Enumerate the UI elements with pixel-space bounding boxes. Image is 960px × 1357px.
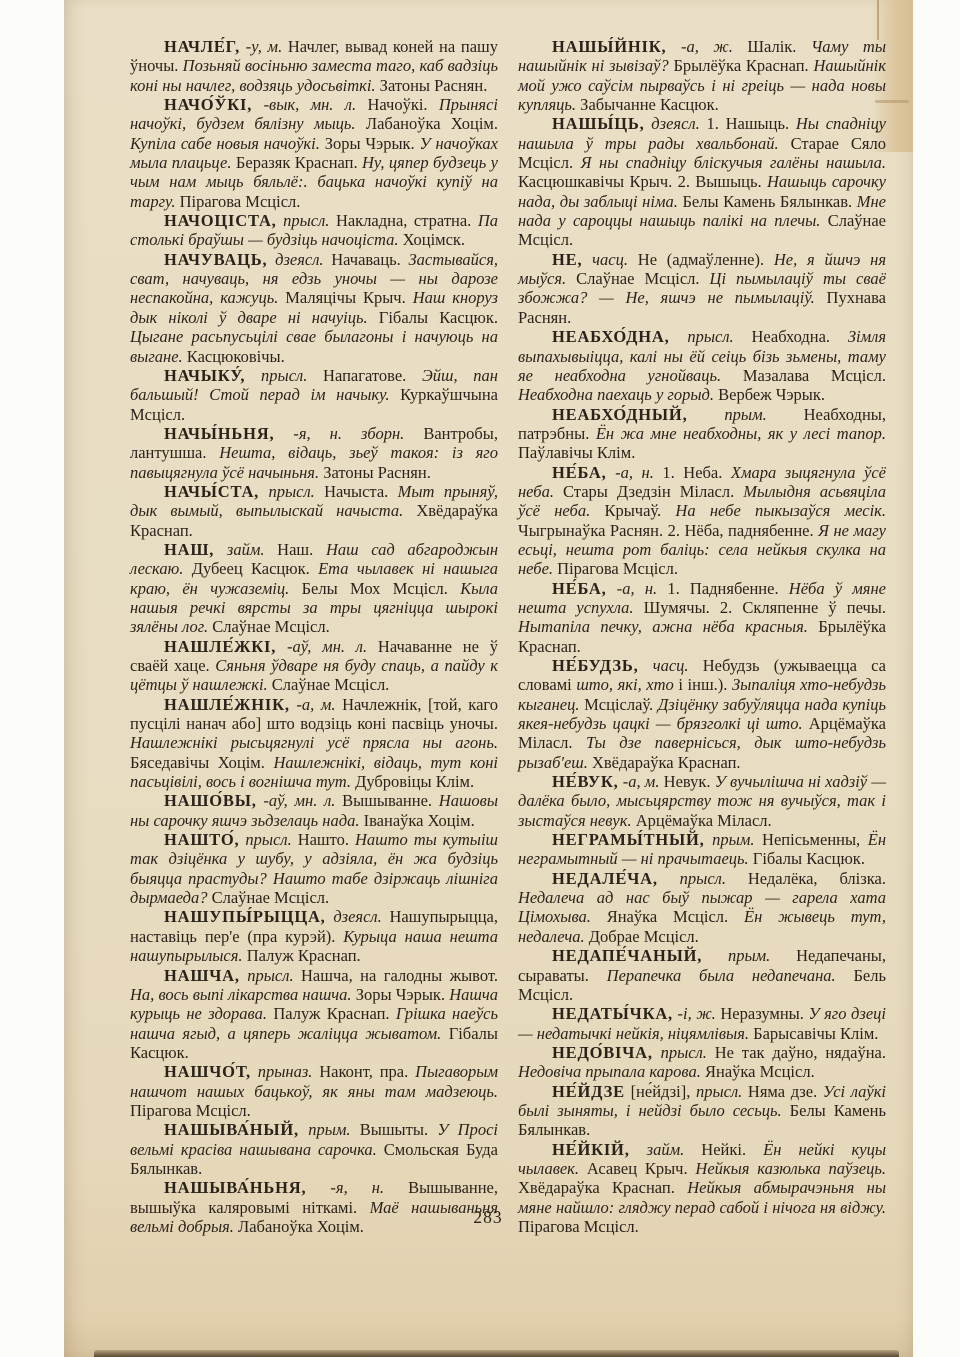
definition-text: Забычанне Касцюк. (580, 95, 719, 114)
dictionary-entry: НЕ́БА, -а, н. 1. Неба. Хмара зыцягнула ў… (518, 463, 886, 579)
example-text: часц. (582, 250, 637, 269)
example-text: Я ны спадніцу бліскучыя галёны нашыла. (581, 153, 886, 172)
dictionary-entry: НАЧЛЕ́Г, -у, м. Начлег, вывад коней на п… (130, 37, 498, 95)
definition-text: Вышыванне. (342, 791, 439, 810)
definition-text: Палуж Краснап. (273, 1004, 396, 1023)
example-text: што, які, хто (576, 675, 673, 694)
definition-text: Затоны Раснян. (380, 76, 488, 95)
headword: НАШЧА, (164, 966, 240, 985)
headword: НАШЧО́Т, (164, 1062, 251, 1081)
definition-text: Недалёка, блізка. (748, 869, 886, 888)
dictionary-entry: НЕДАТЫ́ЧКА, -і, ж. Неразумны. У яго дзец… (518, 1004, 886, 1043)
definition-text: Слаўнае Мсцісл. (212, 888, 330, 907)
headword: НАЧОЦІСТА, (164, 211, 277, 230)
definition-text: Зоры Чэрык. (356, 985, 450, 1004)
example-text: прым. (688, 405, 804, 424)
dictionary-entry: НАЧЫКУ́, прысл. Напагатове. Эйш, пан бал… (130, 366, 498, 424)
dictionary-entry: НАЧЫ́СТА, прысл. Начыста. Мыт прыняў, ды… (130, 482, 498, 540)
headword: НЕ́БА, (552, 579, 607, 598)
definition-text: Гібалы Касцюк. (753, 849, 865, 868)
definition-text: Пірагова Мсцісл. (130, 1101, 251, 1120)
example-text: прысл. (240, 966, 301, 985)
example-text: Ён жа мне неабходны, як у лесі тапор. (596, 424, 886, 443)
example-text: Нейкыя казюлька паўзець. (695, 1159, 886, 1178)
definition-text: Слаўнае Мсцісл. (272, 675, 390, 694)
definition-text: Дубровіцы Клім. (355, 772, 474, 791)
definition-text: Добрае Мсцісл. (589, 927, 699, 946)
headword: НЕ́БА, (552, 463, 607, 482)
headword: НАШТО́, (164, 830, 239, 849)
definition-text: Наконт, пра. (319, 1062, 415, 1081)
example-text: Нашлежнікі рысьцягнулі усё прясла ны аго… (130, 733, 498, 752)
headword: НАЧО́ЎКІ, (164, 95, 252, 114)
headword: НАШО́ВЫ, (164, 791, 257, 810)
headword: НЕДО́ВІЧА, (552, 1043, 653, 1062)
dictionary-entry: НАШЛЕ́ЖКІ, -аў, мн. л. Начаванне не ў св… (130, 637, 498, 695)
example-text: часц. (639, 656, 703, 675)
headword: НЕ́ЙДЗЕ (552, 1082, 625, 1101)
dictionary-entry: НЕАБХО́ДНА, прысл. Неабходна. Зімля выпа… (518, 327, 886, 404)
example-text: Недовіча прыпала карова. (518, 1062, 705, 1081)
example-text: -а, м. (290, 695, 342, 714)
example-text: Нытапіла печку, ажна нёба красныя. (518, 617, 818, 636)
headword: НЕ, (552, 250, 582, 269)
dictionary-entry: НЕДО́ВІЧА, прысл. Не так даўно, нядаўна.… (518, 1043, 886, 1082)
definition-text: Хвёдараўка Краснап. (518, 1178, 687, 1197)
headword: НЕДАПЕ́ЧАНЫЙ, (552, 946, 702, 965)
example-text: -вык, мн. л. (252, 95, 367, 114)
definition-text: Непісьменны, (762, 830, 868, 849)
definition-text: Крычаў. (604, 501, 675, 520)
definition-text: 1. Паднябенне. (667, 579, 788, 598)
definition-text: Вышыты. (360, 1120, 438, 1139)
example-text: прысл. (239, 830, 297, 849)
definition-text: Касцюшкавічы Крыч. 2. Вышыць. (518, 172, 767, 191)
definition-text: Белы Мох Мсцісл. (302, 579, 461, 598)
definition-text: Зоры Чэрык. (325, 134, 420, 153)
definition-text: Асавец Крыч. (587, 1159, 696, 1178)
headword: НЕАБХО́ДНЫЙ, (552, 405, 688, 424)
headword: НАШЫ́ЦЬ, (552, 114, 645, 133)
example-text: прысл. (245, 366, 323, 385)
dictionary-entry: НАШЫ́ЦЬ, дзеясл. 1. Нашыць. Ны спадніцу … (518, 114, 886, 249)
dictionary-entry: НАШЛЕ́ЖНІК, -а, м. Начлежнік, [той, каго… (130, 695, 498, 792)
definition-text: Лабаноўка Хоцім. (238, 1217, 364, 1236)
definition-text: Мазалава Мсцісл. (743, 366, 886, 385)
definition-text: Пірагова Мсцісл. (557, 559, 678, 578)
headword: НАШЫ́ЙНІК, (552, 37, 666, 56)
definition-text: Хвёдараўка Краснап. (592, 753, 741, 772)
definition-text: Палуж Краснап. (247, 946, 361, 965)
definition-text: Накладна, стратна. (336, 211, 478, 230)
right-column: НАШЫ́ЙНІК, -а, ж. Шалік. Чаму ты нашыйні… (518, 37, 886, 1236)
definition-text: Слаўнае Мсцісл. (212, 617, 330, 636)
example-text: -аў, мн. л. (276, 637, 378, 656)
dictionary-entry: НЕ́ЙДЗЕ [не́йдзі], прысл. Няма дзе. Усі … (518, 1082, 886, 1140)
dictionary-entry: НАЧО́ЎКІ, -вык, мн. л. Начоўкі. Прынясі … (130, 95, 498, 211)
definition-text: Неабходна. (751, 327, 847, 346)
dictionary-entry: НАШО́ВЫ, -аў, мн. л. Вышыванне. Нашовы н… (130, 791, 498, 830)
definition-text: Стары Дзедзін Міласл. (563, 482, 743, 501)
example-text: Неабходна паехаць у горыд. (518, 385, 718, 404)
dictionary-entry: НАШЫВА́НЫЙ, прым. Вышыты. У Просі вельмі… (130, 1120, 498, 1178)
dictionary-entry: НАШЫ́ЙНІК, -а, ж. Шалік. Чаму ты нашыйні… (518, 37, 886, 114)
definition-text: Шумячы. 2. Скляпенне ў печы. (644, 598, 886, 617)
definition-text: Начыста. (324, 482, 398, 501)
example-text: -а, ж. (666, 37, 747, 56)
example-text: -я, н. зборн. (274, 424, 423, 443)
example-text: Перапечка была недапечана. (607, 966, 854, 985)
example-text: прысл. (670, 327, 752, 346)
headword: НАЧЫКУ́, (164, 366, 245, 385)
example-text: -у, м. (240, 37, 288, 56)
example-text: Купіла сабе новыя начоўкі. (130, 134, 325, 153)
definition-text: Начаваць. (331, 250, 408, 269)
dictionary-entry: НЕ, часц. Не (адмаўленне). Не, я йшчэ ня… (518, 250, 886, 327)
definition-text: Белы Камень Бялынкав. (682, 192, 856, 211)
dictionary-entry: НЕГРАМЫ́ТНЫЙ, прым. Непісьменны, Ён негр… (518, 830, 886, 869)
page-number: 283 (438, 1207, 538, 1228)
definition-text: Брылёўка Краснап. (673, 56, 813, 75)
definition-text: Беразяк Краснап. (236, 153, 362, 172)
definition-text: Шалік. (747, 37, 811, 56)
example-text: -а, м. (619, 772, 664, 791)
definition-text: [не́йдзі], (625, 1082, 696, 1101)
example-text: прым. (702, 946, 796, 965)
definition-text: Маляцічы Крыч. (285, 288, 412, 307)
headword: НЕ́БУДЗЬ, (552, 656, 639, 675)
definition-text: і інш.). (674, 675, 732, 694)
dictionary-entry: НАЧЫ́НЬНЯ, -я, н. зборн. Вантробы, ланту… (130, 424, 498, 482)
example-text: займ. (630, 1140, 702, 1159)
dictionary-entry: НАШУПЫ́РЫЦЦА, дзеясл. Нашупырыцца, наста… (130, 907, 498, 965)
definition-text: Лабаноўка Хоцім. (366, 114, 498, 133)
definition-text: Арцёмаўка Міласл. (636, 811, 772, 830)
definition-text: Паўлавічы Клім. (518, 443, 635, 462)
example-text: На небе пыкызаўся месік. (675, 501, 886, 520)
headword: НАЧЫ́СТА, (164, 482, 259, 501)
definition-text: Хоцімск. (403, 230, 465, 249)
definition-text: Не так даўно, нядаўна. (715, 1043, 886, 1062)
example-text: дзеясл. (267, 250, 331, 269)
headword: НАШЛЕ́ЖНІК, (164, 695, 290, 714)
example-text: займ. (214, 540, 277, 559)
definition-text: Затоны Раснян. (323, 463, 431, 482)
headword: НАШ, (164, 540, 214, 559)
example-text: -і, ж. (673, 1004, 720, 1023)
headword: НАШУПЫ́РЫЦЦА, (164, 907, 326, 926)
example-text: -я, н. (306, 1178, 408, 1197)
definition-text: 1. Нашыць. (706, 114, 795, 133)
headword: НЕГРАМЫ́ТНЫЙ, (552, 830, 705, 849)
definition-text: Напагатове. (323, 366, 422, 385)
example-text: -аў, мн. л. (257, 791, 343, 810)
dictionary-entry: НАШЧА, прысл. Нашча, на галодны жывот. Н… (130, 966, 498, 1063)
example-text: Цыгане расьпусьцілі свае былагоны і начу… (130, 327, 498, 365)
dictionary-entry: НАШ, займ. Наш. Наш сад абгароджын леска… (130, 540, 498, 637)
dictionary-entry: НЕ́БУДЗЬ, часц. Небудзь (ужываецца са сл… (518, 656, 886, 772)
dictionary-entry: НЕАБХО́ДНЫЙ, прым. Неабходны, патрэбны. … (518, 405, 886, 463)
headword: НЕАБХО́ДНА, (552, 327, 670, 346)
definition-text: Мсціслаў. (584, 695, 658, 714)
dictionary-entry: НЕ́ЙКІЙ, займ. Нейкі. Ён нейкі куцы чыла… (518, 1140, 886, 1237)
example-text: прысл. (696, 1082, 748, 1101)
definition-text: Гібалы Касцюк. (379, 308, 498, 327)
example-text: На, вось выпі лікарства нашча. (130, 985, 356, 1004)
definition-text: Невук. (664, 772, 715, 791)
headword: НЕДАТЫ́ЧКА, (552, 1004, 673, 1023)
definition-text: Нашча, на галодны жывот. (301, 966, 498, 985)
example-text: прысл. (653, 1043, 715, 1062)
left-column: НАЧЛЕ́Г, -у, м. Начлег, вывад коней на п… (130, 37, 498, 1236)
headword: НЕ́ЙКІЙ, (552, 1140, 630, 1159)
headword: НАШЫВА́НЫЙ, (164, 1120, 299, 1139)
definition-text: Дубеец Касцюк. (192, 559, 318, 578)
definition-text: Вербеж Чэрык. (718, 385, 825, 404)
definition-text: Бяседавічы Хоцім. (130, 753, 273, 772)
definition-text: Янаўка Мсцісл. (607, 907, 744, 926)
definition-text: Нейкі. (701, 1140, 763, 1159)
definition-text: Барысавічы Клім. (753, 1024, 878, 1043)
definition-text: Слаўнае Мсцісл. (576, 269, 709, 288)
definition-text: Не (адмаўленне). (638, 250, 774, 269)
example-text: прысл. (658, 869, 748, 888)
example-text: прым. (299, 1120, 360, 1139)
definition-text: Наш. (277, 540, 326, 559)
example-text: прысл. (277, 211, 336, 230)
definition-text: Начоўкі. (367, 95, 438, 114)
example-text: прыназ. (251, 1062, 319, 1081)
definition-text: Янаўка Мсцісл. (705, 1062, 815, 1081)
definition-text: 1. Неба. (662, 463, 731, 482)
definition-text: Касцюковічы. (187, 347, 285, 366)
example-text: прысл. (259, 482, 324, 501)
definition-text: Іванаўка Хоцім. (364, 811, 475, 830)
dictionary-entry: НАЧОЦІСТА, прысл. Накладна, стратна. Па … (130, 211, 498, 250)
definition-text: Пірагова Мсцісл. (180, 192, 301, 211)
headword: НАШЫВА́НЬНЯ, (164, 1178, 306, 1197)
definition-text: Няма дзе. (748, 1082, 823, 1101)
headword: НАЧЫ́НЬНЯ, (164, 424, 274, 443)
example-text: -а, н. (607, 463, 663, 482)
headword: НАШЛЕ́ЖКІ, (164, 637, 276, 656)
headword: НАЧУВАЦЬ, (164, 250, 267, 269)
dictionary-entry: НЕ́ВУК, -а, м. Невук. У вучылішча ні хад… (518, 772, 886, 830)
headword: НАЧЛЕ́Г, (164, 37, 240, 56)
headword: НЕ́ВУК, (552, 772, 619, 791)
example-text: прым. (705, 830, 762, 849)
definition-text: Неразумны. (720, 1004, 808, 1023)
example-text: дзеясл. (326, 907, 390, 926)
dictionary-entry: НАШЧО́Т, прыназ. Наконт, пра. Пыгаворым … (130, 1062, 498, 1120)
dictionary-entry: НЕ́БА, -а, н. 1. Паднябенне. Нёба ў мяне… (518, 579, 886, 656)
dictionary-entry: НЕДАЛЕ́ЧА, прысл. Недалёка, блізка. Неда… (518, 869, 886, 946)
headword: НЕДАЛЕ́ЧА, (552, 869, 658, 888)
definition-text: Нашто. (298, 830, 355, 849)
example-text: дзеясл. (645, 114, 707, 133)
dictionary-entry: НЕДАПЕ́ЧАНЫЙ, прым. Недапечаны, сыраваты… (518, 946, 886, 1004)
dictionary-entry: НАЧУВАЦЬ, дзеясл. Начаваць. Застывайся, … (130, 250, 498, 366)
definition-text: Чыгрынаўка Раснян. 2. Нёба, паднябенне. (518, 521, 818, 540)
example-text: -а, н. (607, 579, 668, 598)
dictionary-entry: НАШТО́, прысл. Нашто. Нашто ты кутыіш та… (130, 830, 498, 907)
